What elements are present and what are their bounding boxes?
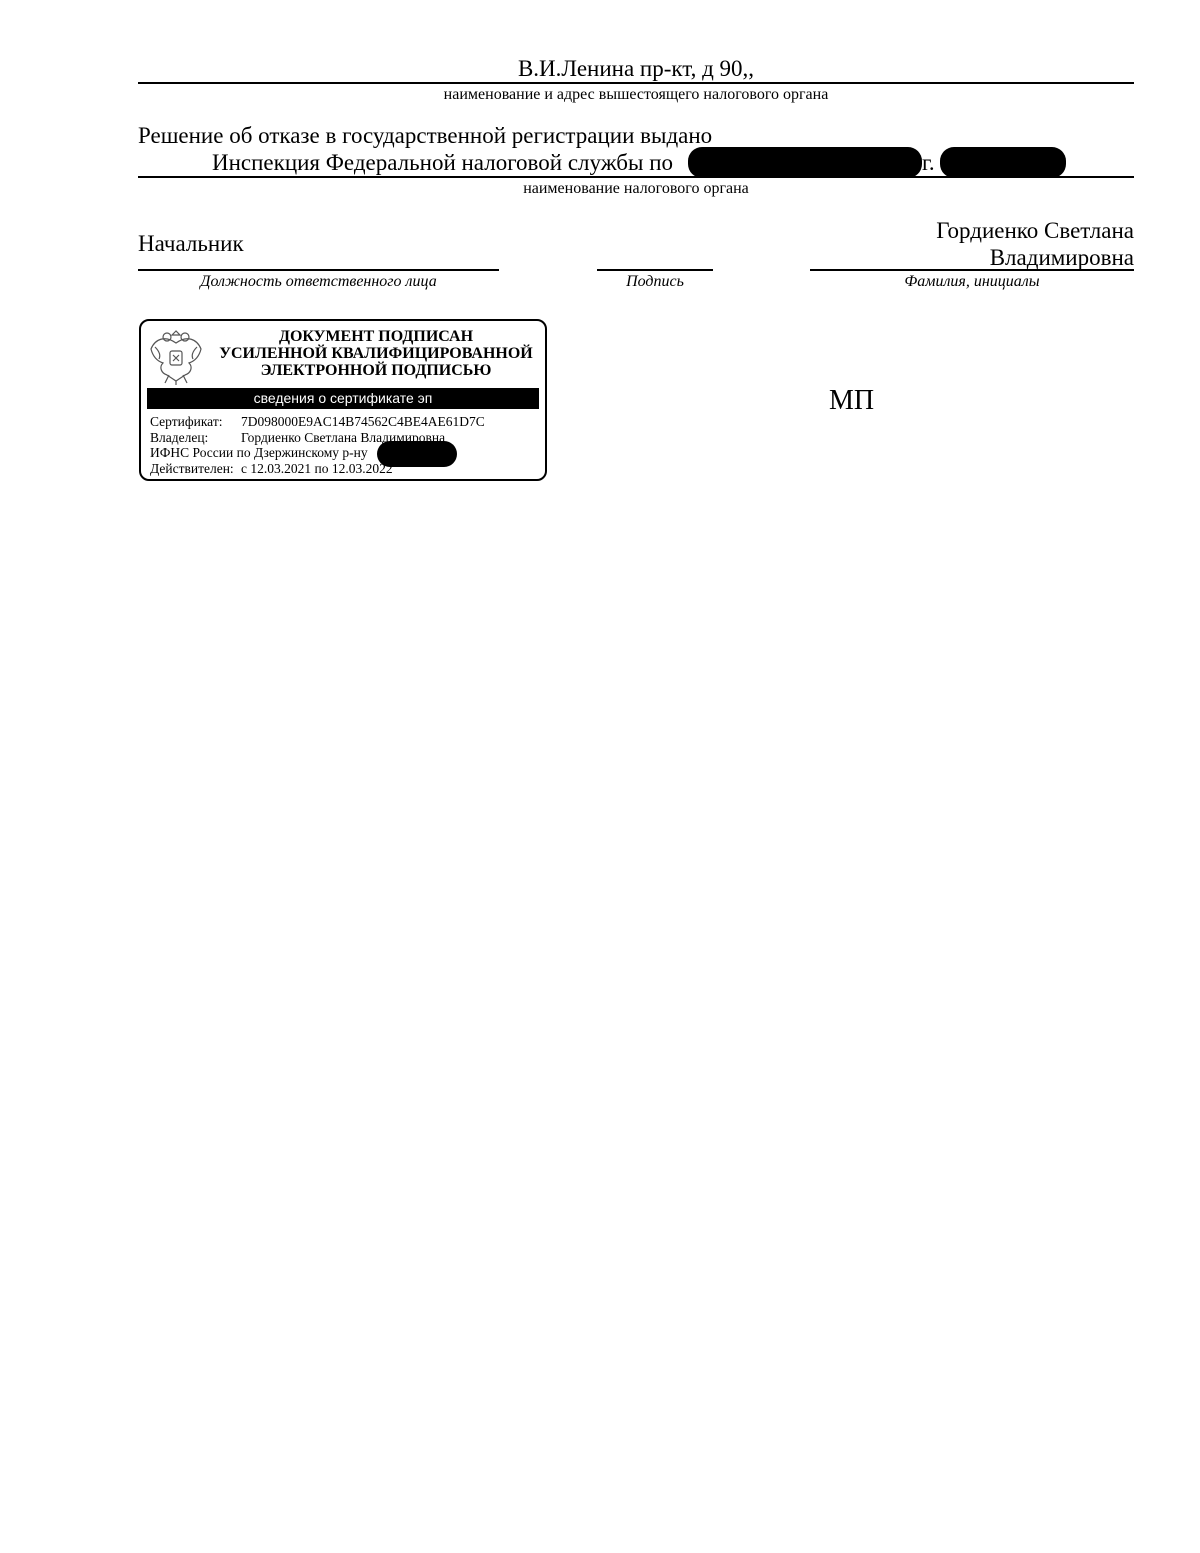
signature-underline [597, 269, 713, 271]
certificate-value: 7D098000E9AC14B74562C4BE4AE61D7C [241, 414, 485, 429]
organization-value: ИФНС России по Дзержинскому р-ну [150, 445, 368, 460]
position-caption: Должность ответственного лица [138, 273, 499, 291]
certificate-label: Сертификат: [150, 414, 241, 430]
certificate-info-bar: сведения о сертификате эп [147, 388, 539, 409]
stamp-title: ДОКУМЕНТ ПОДПИСАН УСИЛЕННОЙ КВАЛИФИЦИРОВ… [211, 328, 541, 379]
stamp-title-line1: ДОКУМЕНТ ПОДПИСАН [211, 328, 541, 345]
certificate-row: Сертификат:7D098000E9AC14B74562C4BE4AE61… [150, 414, 485, 430]
tax-authority-name: Инспекция Федеральной налоговой службы п… [212, 150, 673, 176]
stamp-title-line2: УСИЛЕННОЙ КВАЛИФИЦИРОВАННОЙ [211, 345, 541, 362]
validity-label: Действителен: [150, 461, 241, 477]
redacted-district [377, 441, 457, 467]
coat-of-arms-icon [147, 325, 205, 387]
name-underline [810, 269, 1134, 271]
name-caption: Фамилия, инициалы [810, 273, 1134, 291]
superior-authority-address: В.И.Ленина пр-кт, д 90,, [138, 56, 1134, 82]
seal-placeholder: МП [829, 385, 874, 417]
redacted-city [940, 147, 1066, 178]
signature-caption: Подпись [597, 273, 713, 291]
stamp-title-line3: ЭЛЕКТРОННОЙ ПОДПИСЬЮ [211, 362, 541, 379]
issued-by-statement: Решение об отказе в государственной реги… [138, 123, 712, 149]
official-name-line1: Гордиенко Светлана [936, 217, 1134, 244]
validity-value: с 12.03.2021 по 12.03.2022 [241, 461, 393, 476]
owner-label: Владелец: [150, 430, 241, 446]
position-underline [138, 269, 499, 271]
official-name-line2: Владимировна [936, 244, 1134, 271]
city-prefix: г. [922, 150, 935, 176]
address-caption: наименование и адрес вышестоящего налого… [138, 86, 1134, 104]
official-name: Гордиенко Светлана Владимировна [936, 217, 1134, 271]
redacted-region [688, 147, 922, 178]
electronic-signature-stamp: ДОКУМЕНТ ПОДПИСАН УСИЛЕННОЙ КВАЛИФИЦИРОВ… [139, 319, 547, 481]
address-underline [138, 82, 1134, 84]
authority-underline [138, 176, 1134, 178]
official-position: Начальник [138, 231, 244, 257]
authority-caption: наименование налогового органа [138, 180, 1134, 198]
